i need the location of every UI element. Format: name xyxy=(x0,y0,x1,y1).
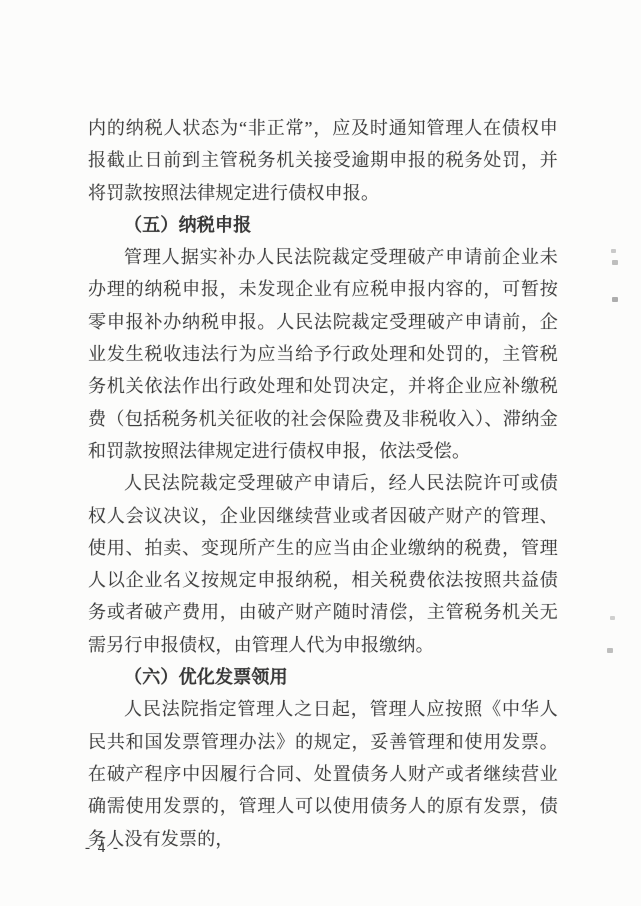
paragraph: 人民法院指定管理人之日起，管理人应按照《中华人民共和国发票管理办法》的规定，妥善… xyxy=(88,693,558,854)
scan-artifact xyxy=(607,648,613,653)
scan-artifact xyxy=(612,260,618,265)
document-page: 内的纳税人状态为“非正常”，应及时通知管理人在债权申报截止日前到主管税务机关接受… xyxy=(0,0,641,906)
paragraph: 人民法院裁定受理破产申请后，经人民法院许可或债权人会议决议，企业因继续营业或者因… xyxy=(88,467,558,661)
section-heading-5-tax-declaration: （五）纳税申报 xyxy=(88,209,558,241)
scan-artifact xyxy=(610,616,615,620)
document-body: 内的纳税人状态为“非正常”，应及时通知管理人在债权申报截止日前到主管税务机关接受… xyxy=(88,112,558,855)
paragraph: 管理人据实补办人民法院裁定受理破产申请前企业未办理的纳税申报，未发现企业有应税申… xyxy=(88,241,558,467)
page-number: - 4 - xyxy=(85,840,120,857)
scan-artifact xyxy=(612,297,618,302)
section-heading-6-invoice-use: （六）优化发票领用 xyxy=(88,661,558,693)
paragraph-continuation: 内的纳税人状态为“非正常”，应及时通知管理人在债权申报截止日前到主管税务机关接受… xyxy=(88,112,558,209)
scan-artifact xyxy=(611,249,616,253)
